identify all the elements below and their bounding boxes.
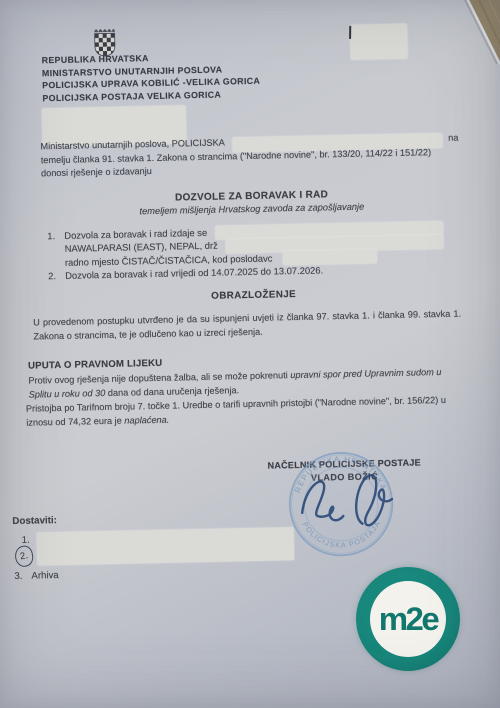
distribution-item-2: 2. — [19, 550, 29, 562]
section-heading-uputa: UPUTA O PRAVNOM LIJEKU — [28, 358, 162, 372]
item-number: 1. — [47, 229, 64, 243]
obrazlozenje-body: U provedenom postupku utvrđeno je da su … — [33, 308, 461, 344]
intro-paragraph: Ministarstvo unutarnjih poslova, POLICIJ… — [40, 132, 459, 182]
handwritten-signature — [285, 464, 421, 539]
logo-inner-circle: m2e — [370, 581, 446, 657]
item-number: 3. — [14, 571, 22, 582]
document-photo: REPUBLIKA HRVATSKA MINISTARSTVO UNUTARNJ… — [0, 0, 500, 708]
fee-part2: naplaćena. — [124, 415, 169, 426]
logo-text: m2e — [379, 600, 438, 637]
hand-circled-item-2: 2. — [13, 544, 35, 568]
item-label: Arhiva — [31, 570, 58, 582]
item-number: 2. — [48, 269, 65, 283]
distribution-label: Dostaviti: — [12, 515, 57, 527]
uputa-part1: Protiv ovog rješenja nije dopuštena žalb… — [28, 370, 290, 385]
distribution-item-3: 3.Arhiva — [14, 570, 58, 582]
m2e-watermark-logo: m2e — [356, 567, 460, 671]
redaction-box — [37, 527, 295, 565]
distribution-item-1: 1. — [22, 535, 30, 546]
intro-text-after: na — [448, 132, 459, 146]
uputa-part3: dana od dana uručenja rješenja. — [105, 385, 239, 398]
agency-header: REPUBLIKA HRVATSKA MINISTARSTVO UNUTARNJ… — [42, 50, 261, 105]
redaction-box — [282, 249, 376, 265]
redaction-box — [350, 24, 408, 60]
decision-items: 1. Dozvola za boravak i rad izdaje se NA… — [47, 221, 444, 282]
section-heading-obrazlozenje: OBRAZLOŽENJE — [39, 285, 469, 305]
table-corner — [452, 0, 500, 70]
pen-mark — [349, 26, 351, 39]
